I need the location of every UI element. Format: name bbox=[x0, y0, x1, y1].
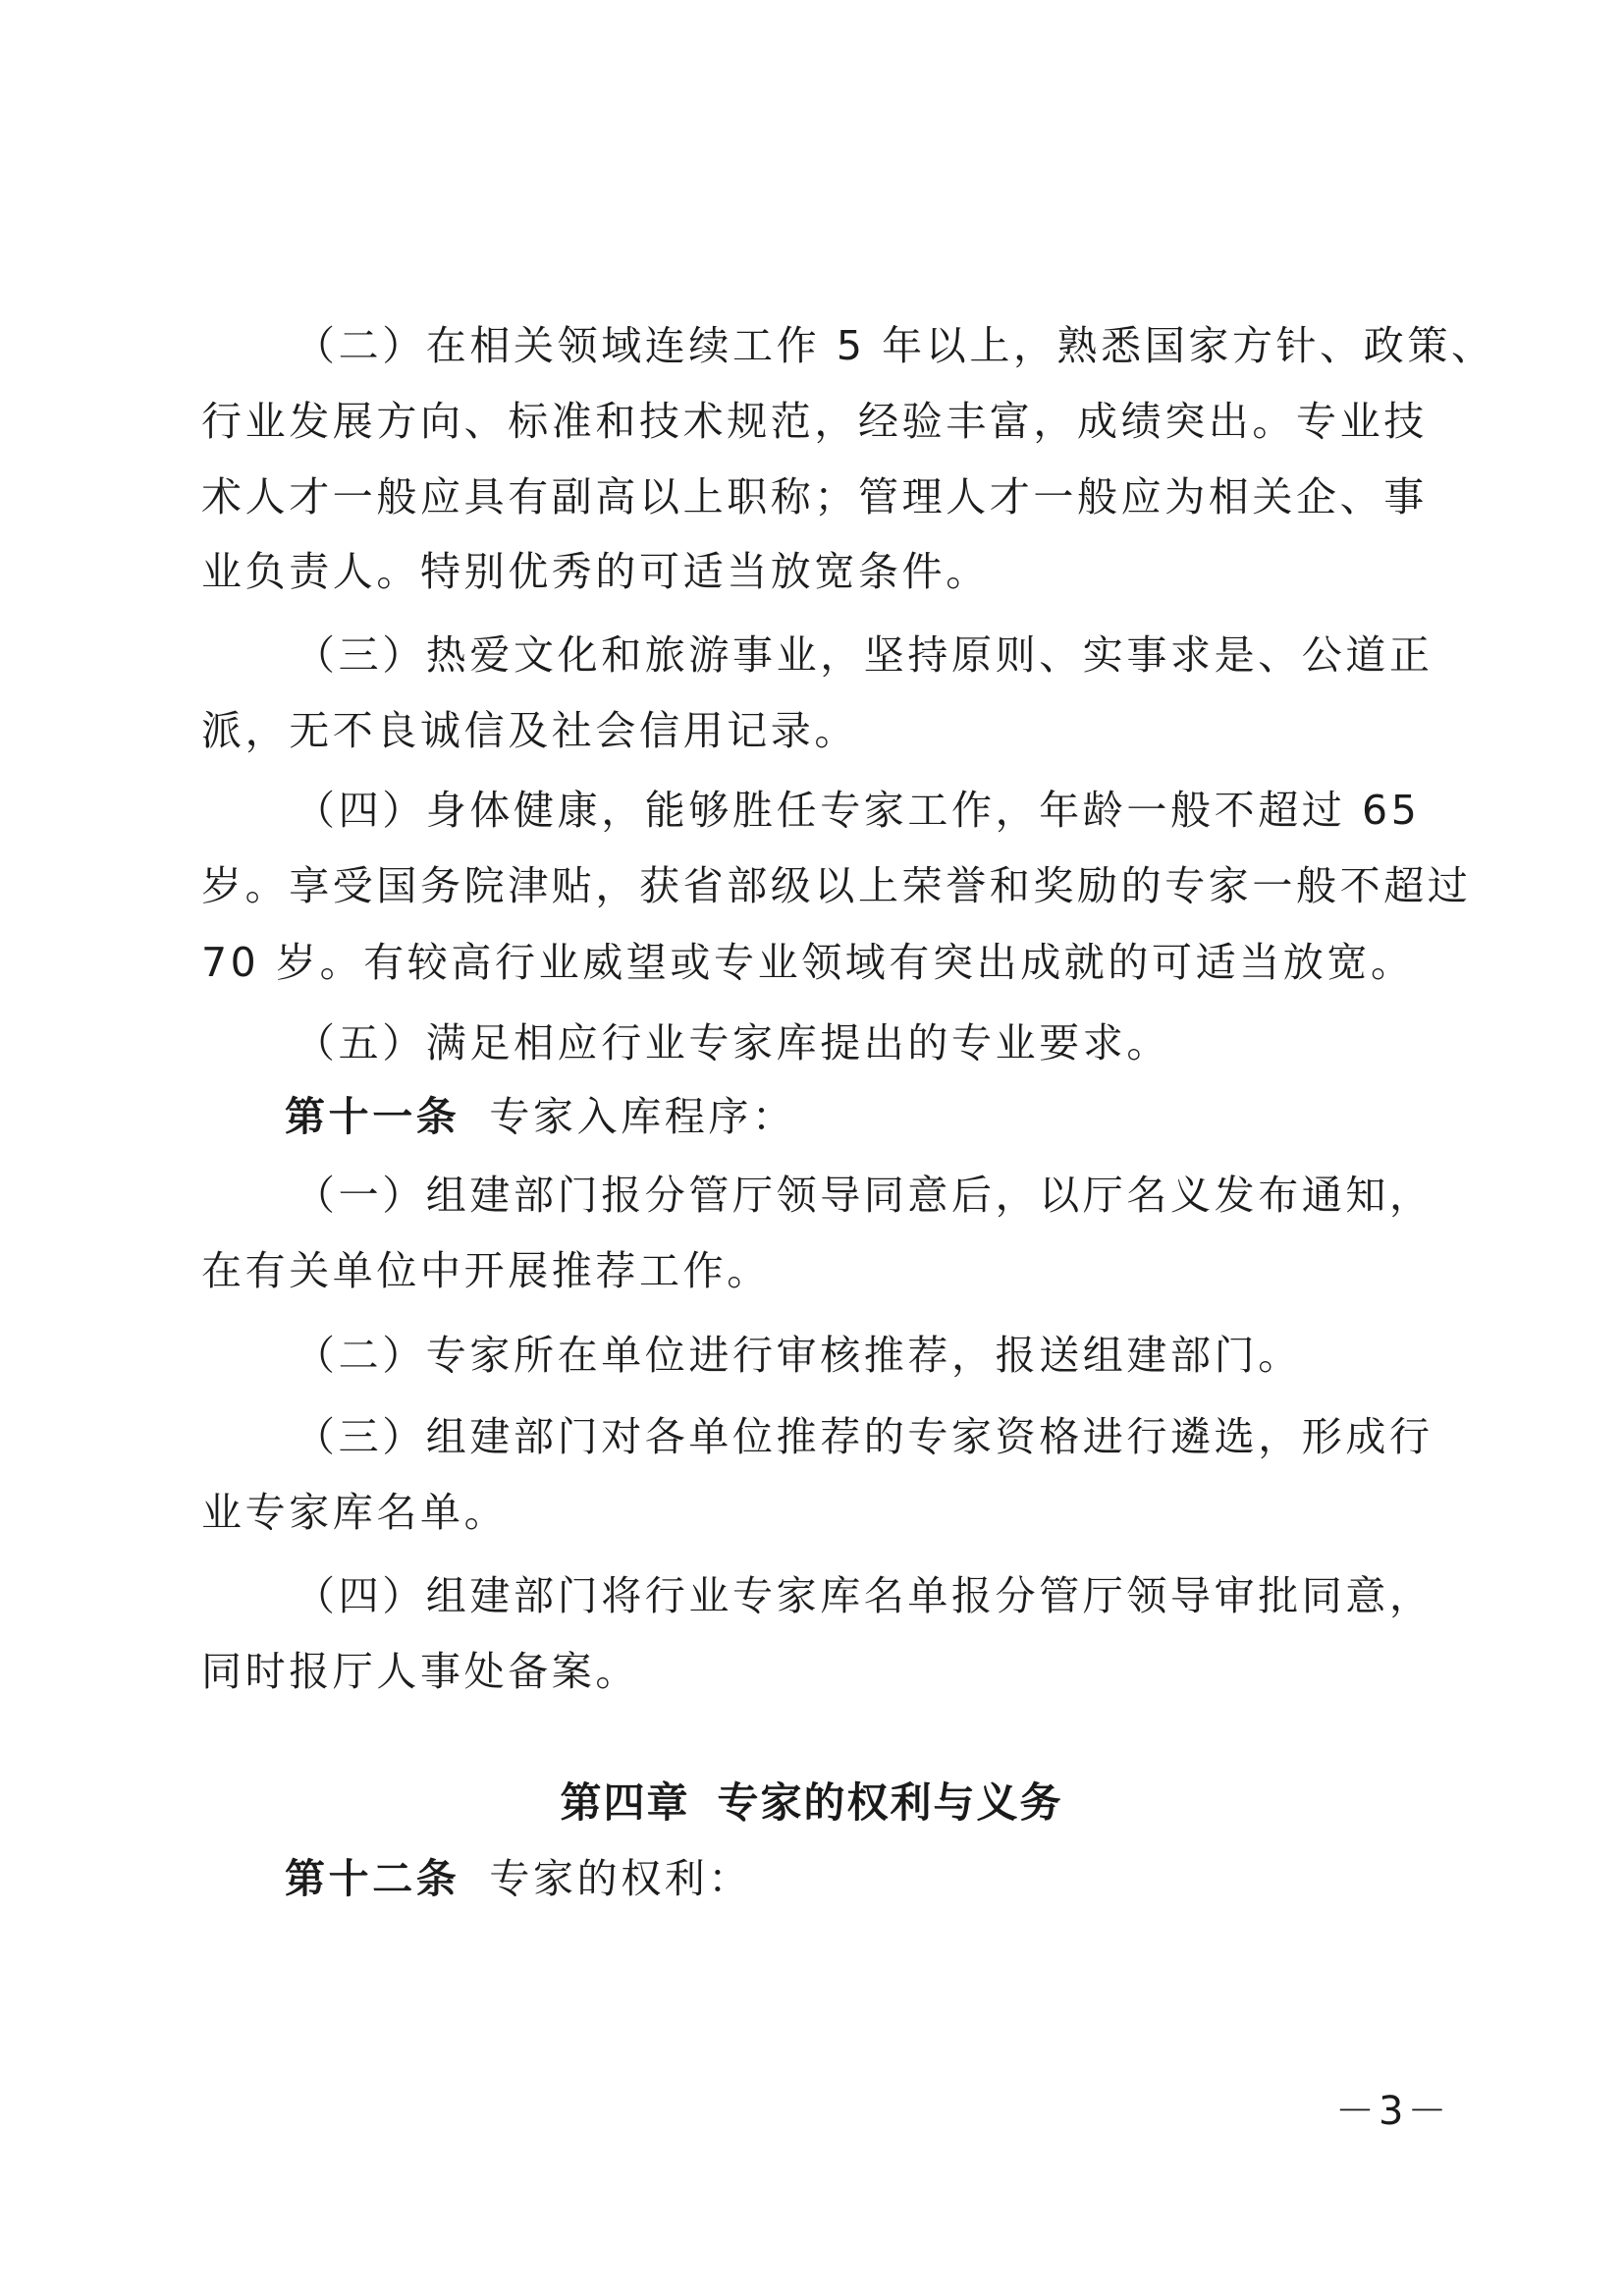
article-11-title: 专家入库程序： bbox=[489, 1093, 795, 1140]
article-11-item-1-line-1: （一）组建部门报分管厅领导同意后，以厅名义发布通知， bbox=[295, 1171, 1512, 1220]
article-11-item-2-line-1: （二）专家所在单位进行审核推荐，报送组建部门。 bbox=[295, 1331, 1512, 1380]
article-11-item-1-line-2: 在有关单位中开展推荐工作。 bbox=[201, 1246, 1419, 1295]
paragraph-4-line-1: （四）身体健康，能够胜任专家工作，年龄一般不超过 65 bbox=[295, 786, 1512, 835]
paragraph-4-line-2: 岁。享受国务院津贴，获省部级以上荣誉和奖励的专家一般不超过 bbox=[201, 861, 1419, 910]
page-number: －3－ bbox=[1335, 2087, 1450, 2136]
article-12-title: 专家的权利： bbox=[489, 1855, 752, 1902]
paragraph-3-line-1: （三）热爱文化和旅游事业，坚持原则、实事求是、公道正 bbox=[295, 630, 1512, 680]
article-12-heading: 第十二条专家的权利： bbox=[285, 1854, 1502, 1903]
paragraph-2-line-4: 业负责人。特别优秀的可适当放宽条件。 bbox=[201, 547, 1419, 596]
article-11-item-4-line-1: （四）组建部门将行业专家库名单报分管厅领导审批同意， bbox=[295, 1571, 1512, 1620]
article-11-item-4-line-2: 同时报厅人事处备案。 bbox=[201, 1647, 1419, 1696]
paragraph-2-line-3: 术人才一般应具有副高以上职称；管理人才一般应为相关企、事 bbox=[201, 472, 1419, 521]
article-11-item-3-line-1: （三）组建部门对各单位推荐的专家资格进行遴选，形成行 bbox=[295, 1412, 1512, 1461]
chapter-4-number: 第四章 bbox=[560, 1778, 689, 1827]
article-11-number: 第十一条 bbox=[285, 1093, 460, 1140]
paragraph-3-line-2: 派，无不良诚信及社会信用记录。 bbox=[201, 706, 1419, 755]
article-11-heading: 第十一条专家入库程序： bbox=[285, 1092, 1502, 1141]
paragraph-4-line-3: 70 岁。有较高行业威望或专业领域有突出成就的可适当放宽。 bbox=[201, 938, 1419, 987]
paragraph-2-line-2: 行业发展方向、标准和技术规范，经验丰富，成绩突出。专业技 bbox=[201, 397, 1419, 446]
article-12-number: 第十二条 bbox=[285, 1855, 460, 1902]
document-page: （二）在相关领域连续工作 5 年以上，熟悉国家方针、政策、 行业发展方向、标准和… bbox=[0, 0, 1623, 2296]
chapter-4-heading: 第四章专家的权利与义务 bbox=[0, 1777, 1623, 1829]
paragraph-2-line-1: （二）在相关领域连续工作 5 年以上，熟悉国家方针、政策、 bbox=[295, 321, 1512, 370]
paragraph-5-line-1: （五）满足相应行业专家库提出的专业要求。 bbox=[295, 1018, 1512, 1067]
article-11-item-3-line-2: 业专家库名单。 bbox=[201, 1488, 1419, 1537]
chapter-4-title: 专家的权利与义务 bbox=[718, 1778, 1063, 1827]
